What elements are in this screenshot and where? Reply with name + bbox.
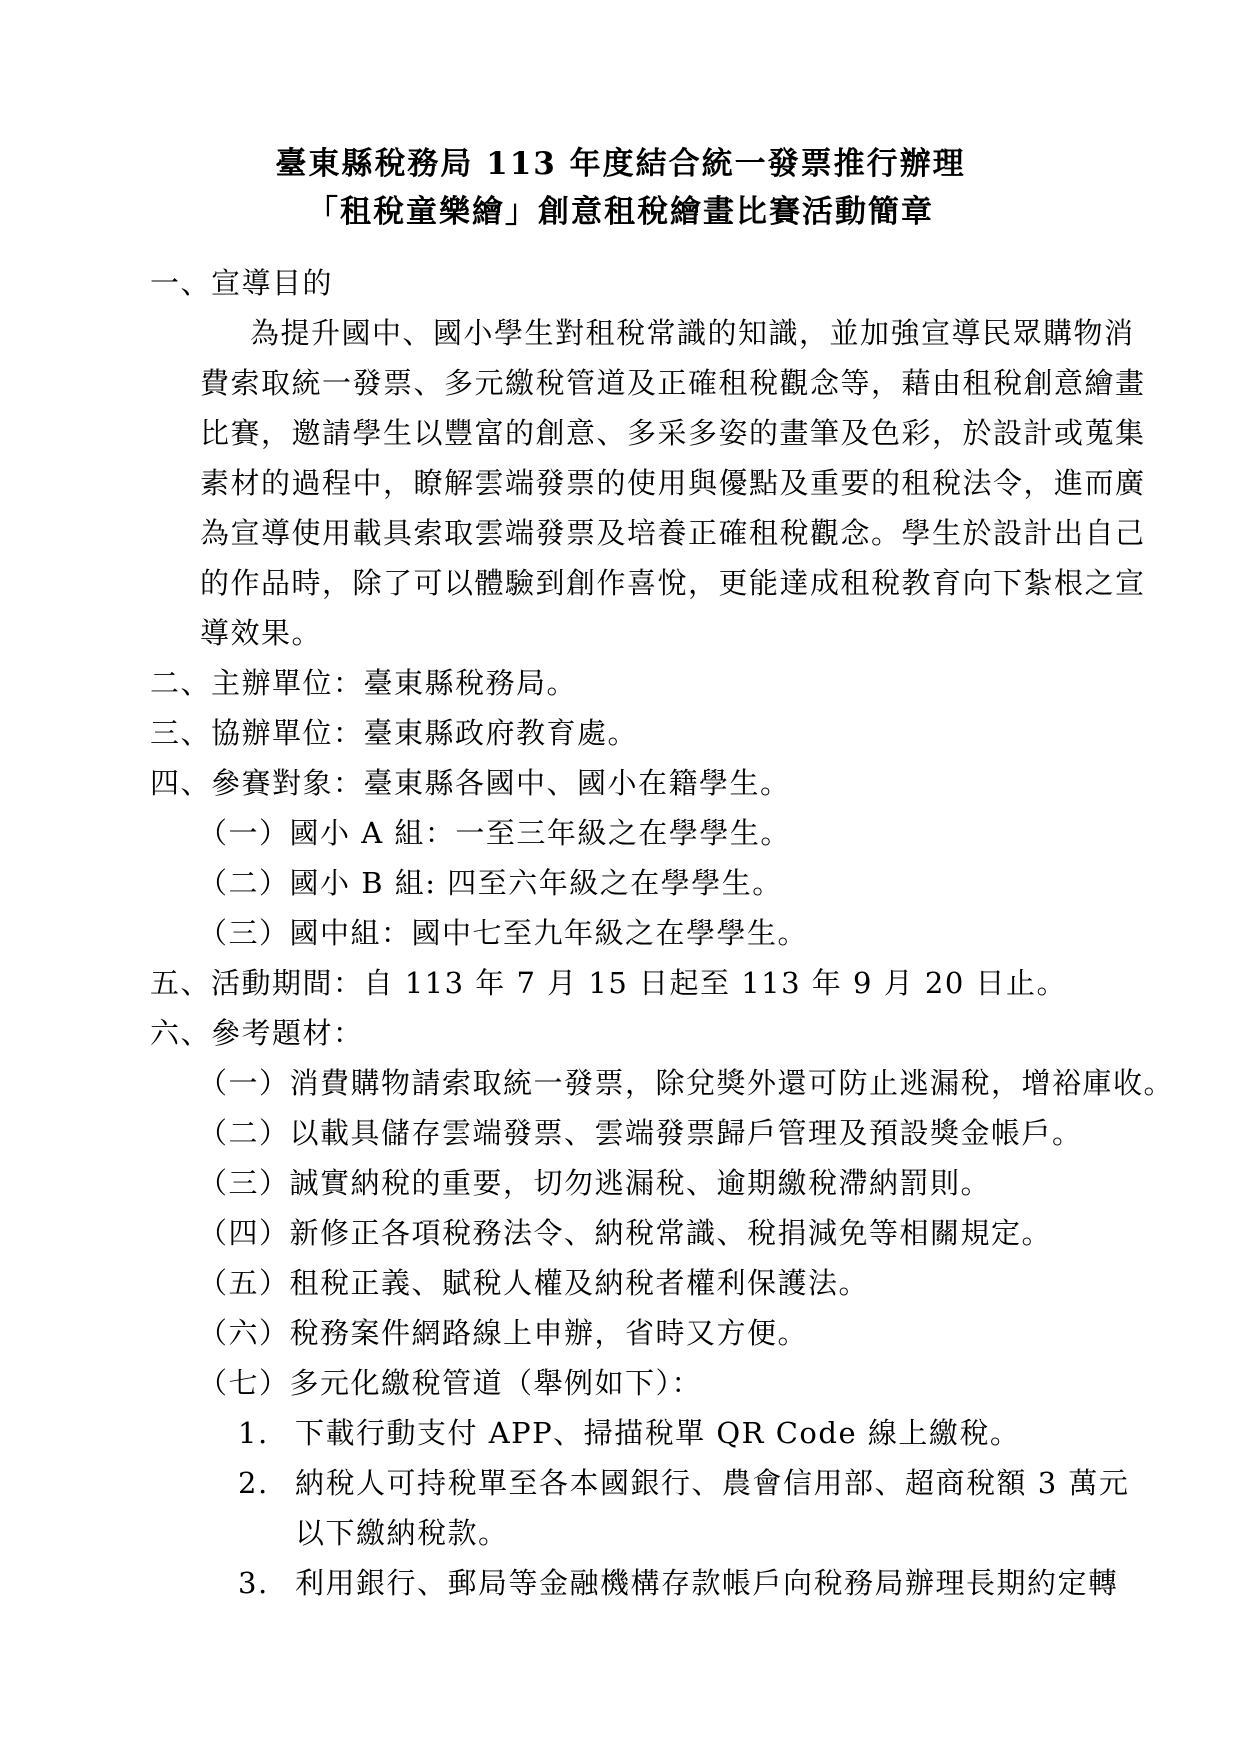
doc-line-subitem: （六）稅務案件網路線上申辦，省時又方便。 bbox=[0, 1308, 1241, 1358]
doc-line-numbered-2-cont: 以下繳納稅款。 bbox=[0, 1508, 1241, 1558]
doc-line-section-3: 三、協辦單位：臺東縣政府教育處。 bbox=[0, 708, 1241, 758]
doc-line-section-6: 六、參考題材： bbox=[0, 1008, 1241, 1058]
doc-line-paragraph: 為提升國中、國小學生對租稅常識的知識，並加強宣導民眾購物消 bbox=[0, 308, 1110, 358]
list-text: 納稅人可持稅單至各本國銀行、農會信用部、超商稅額 3 萬元 bbox=[295, 1466, 1129, 1500]
doc-line-subitem: （一）消費購物請索取統一發票，除兌獎外還可防止逃漏稅，增裕庫收。 bbox=[0, 1058, 1241, 1108]
doc-line-numbered-1: 1.下載行動支付 APP、掃描稅單 QR Code 線上繳稅。 bbox=[0, 1408, 1241, 1458]
document-body: 臺東縣稅務局 113 年度結合統一發票推行辦理 「租稅童樂繪」創意租稅繪畫比賽活… bbox=[0, 0, 1241, 1608]
doc-text-block: 一、宣導目的 為提升國中、國小學生對租稅常識的知識，並加強宣導民眾購物消 費索取… bbox=[0, 258, 1241, 1608]
doc-line-paragraph: 為宣導使用載具索取雲端發票及培養正確租稅觀念。學生於設計出自己 bbox=[0, 508, 1110, 558]
doc-line-subitem: （三）國中組：國中七至九年級之在學學生。 bbox=[0, 908, 1241, 958]
doc-line-section-5: 五、活動期間：自 113 年 7 月 15 日起至 113 年 9 月 20 日… bbox=[0, 958, 1241, 1008]
doc-line-subitem: （三）誠實納稅的重要，切勿逃漏稅、逾期繳稅滯納罰則。 bbox=[0, 1158, 1241, 1208]
document-page: { "page": { "background_color": "#ffffff… bbox=[0, 0, 1241, 1755]
doc-line-subitem: （二）以載具儲存雲端發票、雲端發票歸戶管理及預設獎金帳戶。 bbox=[0, 1108, 1241, 1158]
doc-line-subitem: （四）新修正各項稅務法令、納稅常識、稅捐減免等相關規定。 bbox=[0, 1208, 1241, 1258]
doc-line-subitem: （一）國小 A 組：一至三年級之在學學生。 bbox=[0, 808, 1241, 858]
list-number: 3. bbox=[238, 1558, 295, 1608]
list-text: 下載行動支付 APP、掃描稅單 QR Code 線上繳稅。 bbox=[295, 1416, 1020, 1450]
doc-line-paragraph: 素材的過程中，瞭解雲端發票的使用與優點及重要的租稅法令，進而廣 bbox=[0, 458, 1110, 508]
doc-line-subitem: （二）國小 B 組: 四至六年級之在學學生。 bbox=[0, 858, 1241, 908]
doc-line-numbered-2: 2.納稅人可持稅單至各本國銀行、農會信用部、超商稅額 3 萬元 bbox=[0, 1458, 1110, 1508]
doc-line-subitem: （七）多元化繳稅管道（舉例如下）： bbox=[0, 1358, 1241, 1408]
list-number: 2. bbox=[238, 1458, 295, 1508]
doc-line-section-2: 二、主辦單位：臺東縣稅務局。 bbox=[0, 658, 1241, 708]
doc-line-section-1: 一、宣導目的 bbox=[0, 258, 1241, 308]
list-number: 1. bbox=[238, 1408, 295, 1458]
doc-line-subitem: （五）租稅正義、賦稅人權及納稅者權利保護法。 bbox=[0, 1258, 1241, 1308]
doc-line-paragraph: 的作品時，除了可以體驗到創作喜悅，更能達成租稅教育向下紮根之宣 bbox=[0, 558, 1110, 608]
doc-line-paragraph: 導效果。 bbox=[0, 608, 1241, 658]
doc-title-line-2: 「租稅童樂繪」創意租稅繪畫比賽活動簡章 bbox=[0, 188, 1241, 236]
doc-line-section-4: 四、參賽對象：臺東縣各國中、國小在籍學生。 bbox=[0, 758, 1241, 808]
doc-title-line-1: 臺東縣稅務局 113 年度結合統一發票推行辦理 bbox=[0, 140, 1241, 188]
doc-line-numbered-3: 3.利用銀行、郵局等金融機構存款帳戶向稅務局辦理長期約定轉 bbox=[0, 1558, 1110, 1608]
doc-line-paragraph: 費索取統一發票、多元繳稅管道及正確租稅觀念等，藉由租稅創意繪畫 bbox=[0, 358, 1110, 408]
list-text: 利用銀行、郵局等金融機構存款帳戶向稅務局辦理長期約定轉 bbox=[295, 1566, 1119, 1600]
doc-line-paragraph: 比賽，邀請學生以豐富的創意、多采多姿的畫筆及色彩，於設計或蒐集 bbox=[0, 408, 1110, 458]
